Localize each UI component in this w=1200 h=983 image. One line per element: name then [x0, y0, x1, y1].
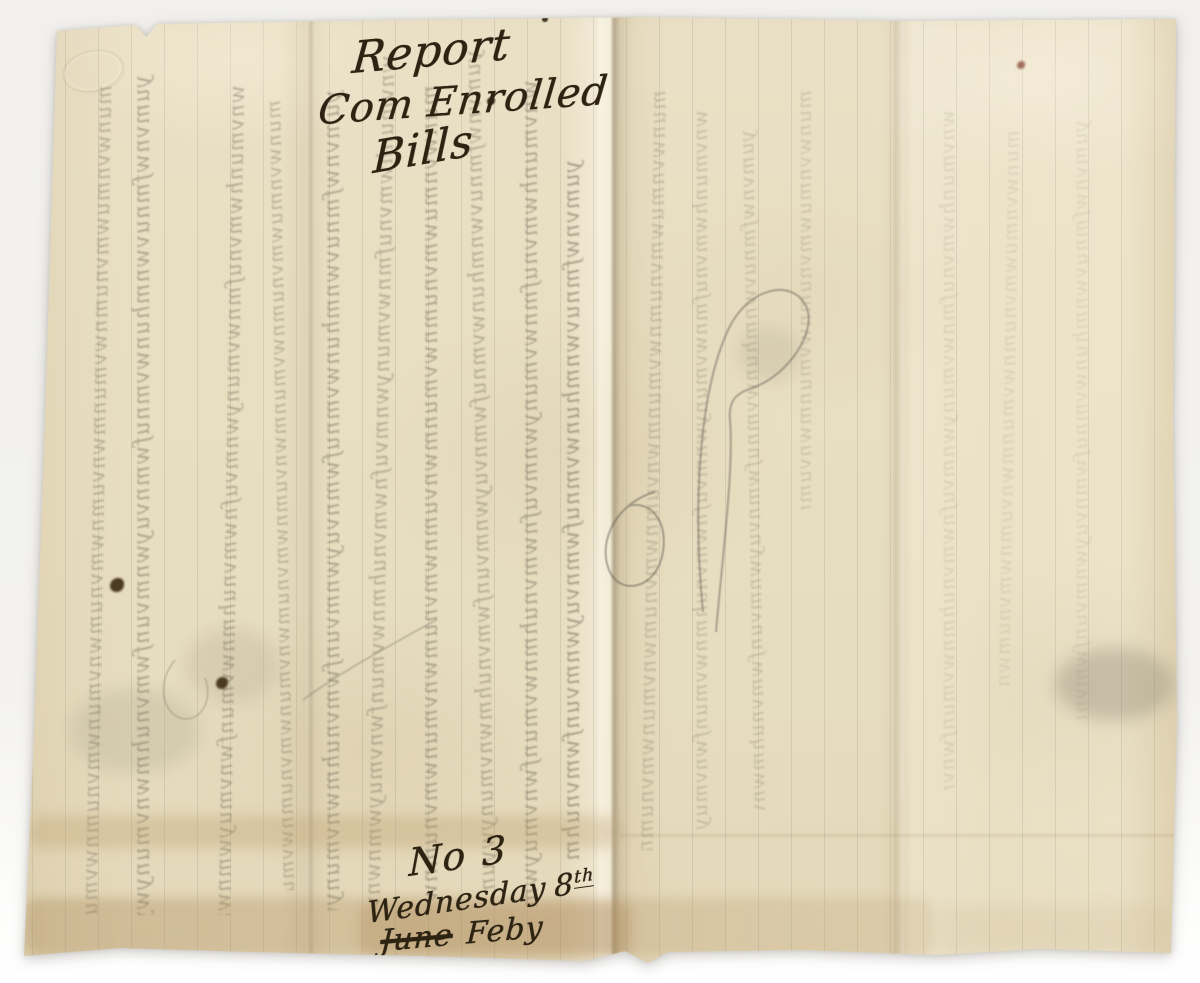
manuscript-scan: munwvnmuwmvnumnwvmunmwnvumnwmvnumwnvmunw… [0, 0, 1200, 983]
date-day-suffix: th [574, 865, 594, 889]
pencil-slash [303, 620, 436, 700]
date-day-number: 8 [554, 867, 574, 905]
date-day: 8th [554, 864, 594, 905]
number-value: 3 [482, 827, 507, 875]
smudge [1055, 648, 1175, 720]
pencil-flourish-layer [0, 0, 1200, 983]
number-prefix: No [408, 833, 466, 886]
smudge [185, 628, 280, 703]
smudge [738, 328, 800, 380]
date-month: Feby [465, 910, 544, 952]
paper-shadow-wrap: munwvnmuwmvnumnwvmunmwnvumnwmvnumwnvmunw… [0, 0, 1200, 983]
pencil-flourish-loop-small [606, 492, 664, 586]
date-month-struck: June [379, 918, 453, 960]
smudge [70, 688, 200, 773]
paper-sheet: munwvnmuwmvnumnwvmunmwnvumnwmvnumwnvmunw… [0, 0, 1200, 983]
